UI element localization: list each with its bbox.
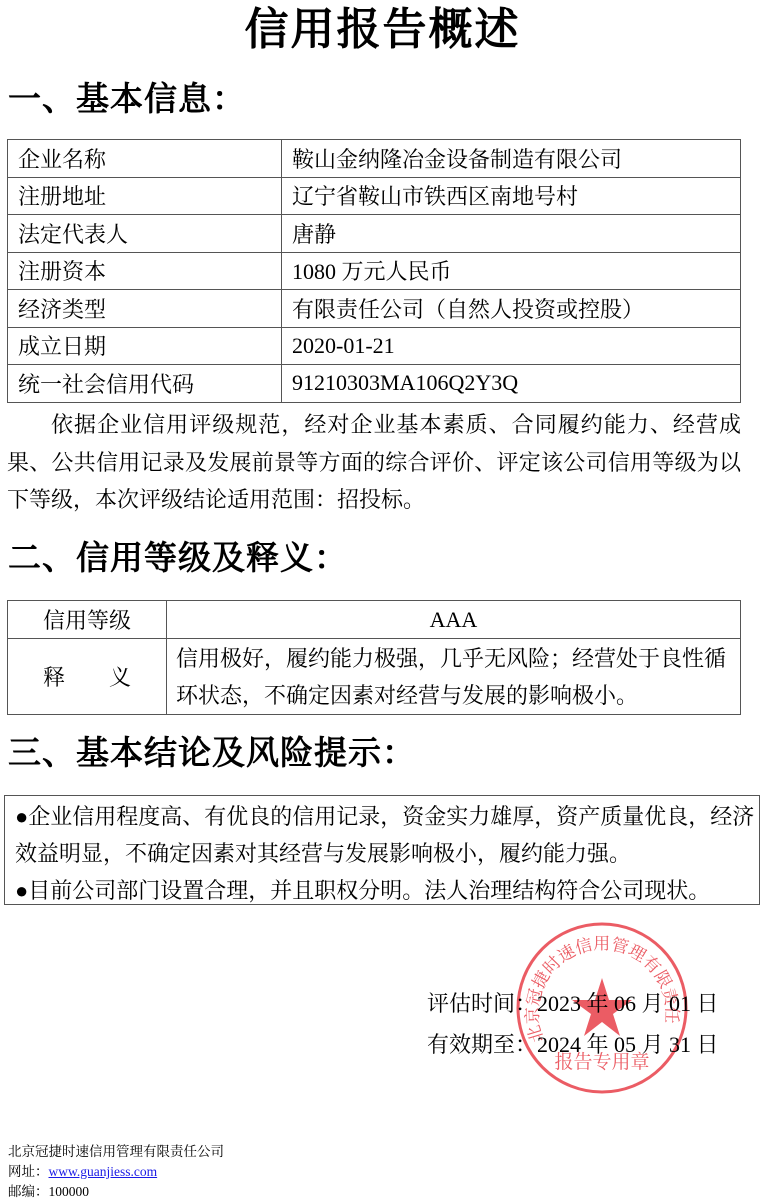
grade-label: 信用等级	[8, 601, 167, 639]
table-row: 成立日期 2020-01-21	[8, 327, 741, 365]
postcode-value: 100000	[49, 1184, 90, 1199]
row-value: 唐静	[282, 215, 741, 253]
section-heading-conclusion: 三、基本结论及风险提示：	[8, 732, 416, 774]
evaluation-date-value: 2023 年 06 月 01 日	[537, 991, 719, 1016]
conclusion-bullet: ●目前公司部门设置合理，并且职权分明。法人治理结构符合公司现状。	[15, 872, 755, 909]
meaning-value: 信用极好，履约能力极强，几乎无风险；经营处于良性循环状态，不确定因素对经营与发展…	[167, 639, 741, 715]
website-label: 网址：	[8, 1164, 49, 1179]
footer-postcode: 邮编：100000	[8, 1182, 224, 1202]
row-value: 1080 万元人民币	[282, 252, 741, 290]
credit-grade-table: 信用等级 AAA 释 义 信用极好，履约能力极强，几乎无风险；经营处于良性循环状…	[7, 600, 741, 715]
table-row: 法定代表人 唐静	[8, 215, 741, 253]
table-row: 注册资本 1080 万元人民币	[8, 252, 741, 290]
document-title: 信用报告概述	[0, 2, 765, 58]
row-value: 鞍山金纳隆冶金设备制造有限公司	[282, 140, 741, 178]
basic-info-table: 企业名称 鞍山金纳隆冶金设备制造有限公司 注册地址 辽宁省鞍山市铁西区南地号村 …	[7, 139, 741, 403]
table-row: 经济类型 有限责任公司（自然人投资或控股）	[8, 290, 741, 328]
footer: 北京冠捷时速信用管理有限责任公司 网址：www.guanjiess.com 邮编…	[8, 1142, 224, 1202]
table-row: 释 义 信用极好，履约能力极强，几乎无风险；经营处于良性循环状态，不确定因素对经…	[8, 639, 741, 715]
table-row: 注册地址 辽宁省鞍山市铁西区南地号村	[8, 177, 741, 215]
row-label: 经济类型	[8, 290, 282, 328]
valid-until-label: 有效期至：	[427, 1032, 537, 1057]
row-label: 法定代表人	[8, 215, 282, 253]
section-heading-credit-grade: 二、信用等级及释义：	[8, 537, 348, 579]
meaning-label: 释 义	[8, 639, 167, 715]
row-value: 2020-01-21	[282, 327, 741, 365]
row-value: 辽宁省鞍山市铁西区南地号村	[282, 177, 741, 215]
section-heading-basic-info: 一、基本信息：	[8, 78, 246, 120]
row-label: 统一社会信用代码	[8, 365, 282, 403]
postcode-label: 邮编：	[8, 1184, 49, 1199]
conclusion-box: ●企业信用程度高、有优良的信用记录，资金实力雄厚，资产质量优良，经济效益明显，不…	[4, 795, 760, 905]
table-row: 信用等级 AAA	[8, 601, 741, 639]
row-label: 成立日期	[8, 327, 282, 365]
table-row: 统一社会信用代码 91210303MA106Q2Y3Q	[8, 365, 741, 403]
row-label: 注册资本	[8, 252, 282, 290]
table-row: 企业名称 鞍山金纳隆冶金设备制造有限公司	[8, 140, 741, 178]
row-label: 企业名称	[8, 140, 282, 178]
website-link[interactable]: www.guanjiess.com	[49, 1164, 158, 1179]
evaluation-date: 评估时间：2023 年 06 月 01 日	[427, 986, 719, 1022]
footer-company: 北京冠捷时速信用管理有限责任公司	[8, 1142, 224, 1162]
evaluation-date-label: 评估时间：	[427, 991, 537, 1016]
valid-until-date: 有效期至：2024 年 05 月 31 日	[427, 1027, 719, 1063]
row-value: 91210303MA106Q2Y3Q	[282, 365, 741, 403]
conclusion-bullet: ●企业信用程度高、有优良的信用记录，资金实力雄厚，资产质量优良，经济效益明显，不…	[15, 798, 755, 872]
footer-website: 网址：www.guanjiess.com	[8, 1162, 224, 1182]
evaluation-paragraph: 依据企业信用评级规范，经对企业基本素质、合同履约能力、经营成果、公共信用记录及发…	[7, 406, 741, 519]
grade-value: AAA	[167, 601, 741, 639]
row-value: 有限责任公司（自然人投资或控股）	[282, 290, 741, 328]
row-label: 注册地址	[8, 177, 282, 215]
valid-until-value: 2024 年 05 月 31 日	[537, 1032, 719, 1057]
